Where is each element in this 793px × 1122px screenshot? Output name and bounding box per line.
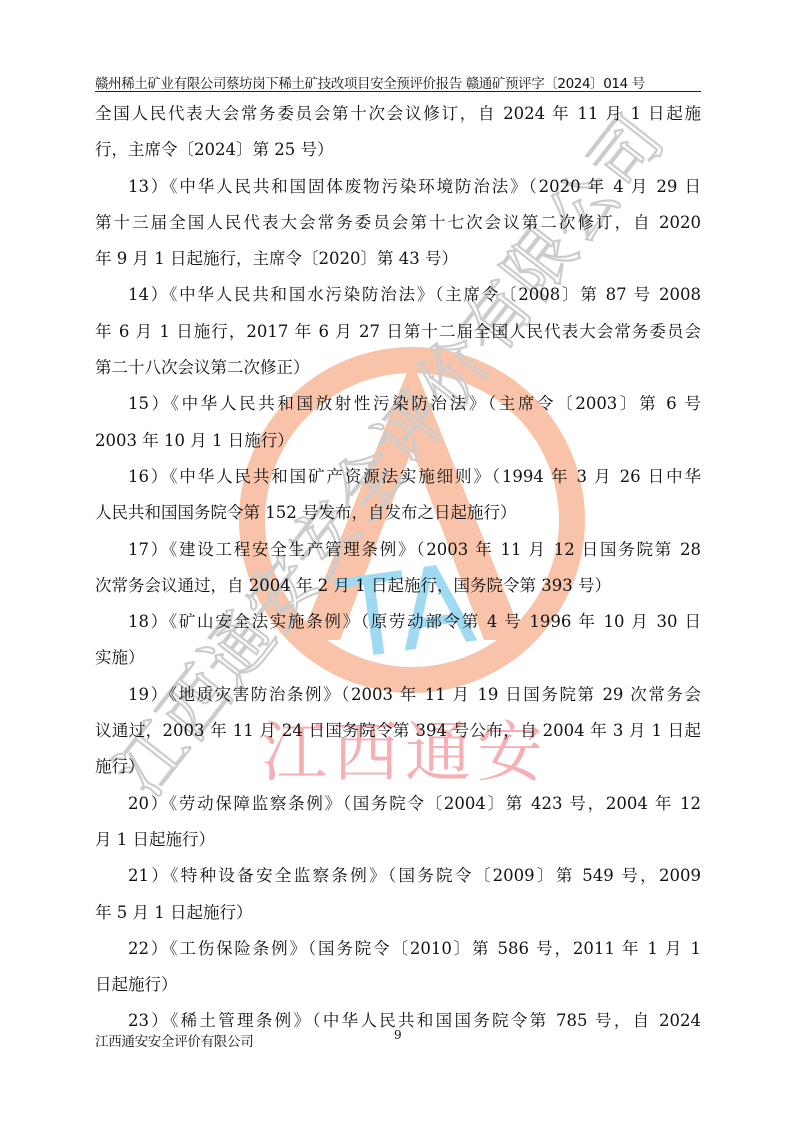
list-item-start-line: 21）《特种设备安全监察条例》（国务院令〔2009〕第 549 号，2009 [95, 858, 701, 894]
list-item-start-line: 19）《地质灾害防治条例》（2003 年 11 月 19 日国务院第 29 次常… [95, 677, 701, 713]
list-item-start-line: 15）《中华人民共和国放射性污染防治法》（主席令〔2003〕第 6 号 [95, 386, 701, 422]
list-item-line: 施行） [95, 749, 701, 785]
list-item-line: 第二十八次会议第二次修正） [95, 350, 701, 386]
footer-company: 江西通安安全评价有限公司 [95, 1030, 253, 1050]
list-item-line: 年 6 月 1 日施行，2017 年 6 月 27 日第十二届全国人民代表大会常… [95, 314, 701, 350]
list-item-line: 议通过，2003 年 11 月 24 日国务院令第 394 号公布，自 2004… [95, 713, 701, 749]
list-item-line: 全国人民代表大会常务委员会第十次会议修订，自 2024 年 11 月 1 日起施 [95, 96, 701, 132]
list-item-line: 次常务会议通过，自 2004 年 2 月 1 日起施行，国务院令第 393 号） [95, 568, 701, 604]
list-item-line: 人民共和国国务院令第 152 号发布，自发布之日起施行） [95, 495, 701, 531]
list-item-line: 日起施行） [95, 967, 701, 1003]
page-header: 赣州稀土矿业有限公司蔡坊岗下稀土矿技改项目安全预评价报告 赣通矿预评字〔2024… [95, 72, 701, 92]
document-page: TA 江西通安 江西通安安全评价有限公司 赣州稀土矿业有限公司蔡坊岗下稀土矿技改… [0, 0, 793, 1122]
list-item-line: 年 9 月 1 日起施行，主席令〔2020〕第 43 号） [95, 241, 701, 277]
list-item-start-line: 20）《劳动保障监察条例》（国务院令〔2004〕第 423 号，2004 年 1… [95, 786, 701, 822]
list-item-line: 月 1 日起施行） [95, 822, 701, 858]
list-item-start-line: 13）《中华人民共和国固体废物污染环境防治法》（2020 年 4 月 29 日 [95, 169, 701, 205]
regulation-list: 全国人民代表大会常务委员会第十次会议修订，自 2024 年 11 月 1 日起施… [95, 96, 701, 1040]
header-divider [95, 91, 701, 92]
list-item-start-line: 18）《矿山安全法实施条例》（原劳动部令第 4 号 1996 年 10 月 30… [95, 604, 701, 640]
list-item-line: 行，主席令〔2024〕第 25 号） [95, 132, 701, 168]
list-item-start-line: 16）《中华人民共和国矿产资源法实施细则》（1994 年 3 月 26 日中华 [95, 459, 701, 495]
list-item-line: 实施） [95, 640, 701, 676]
page-number: 9 [394, 1028, 402, 1042]
list-item-line: 第十三届全国人民代表大会常务委员会第十七次会议第二次修订，自 2020 [95, 205, 701, 241]
list-item-start-line: 17）《建设工程安全生产管理条例》（2003 年 11 月 12 日国务院第 2… [95, 532, 701, 568]
list-item-line: 年 5 月 1 日起施行） [95, 895, 701, 931]
list-item-start-line: 22）《工伤保险条例》（国务院令〔2010〕第 586 号，2011 年 1 月… [95, 931, 701, 967]
list-item-start-line: 14）《中华人民共和国水污染防治法》（主席令〔2008〕第 87 号 2008 [95, 277, 701, 313]
list-item-line: 2003 年 10 月 1 日施行） [95, 423, 701, 459]
